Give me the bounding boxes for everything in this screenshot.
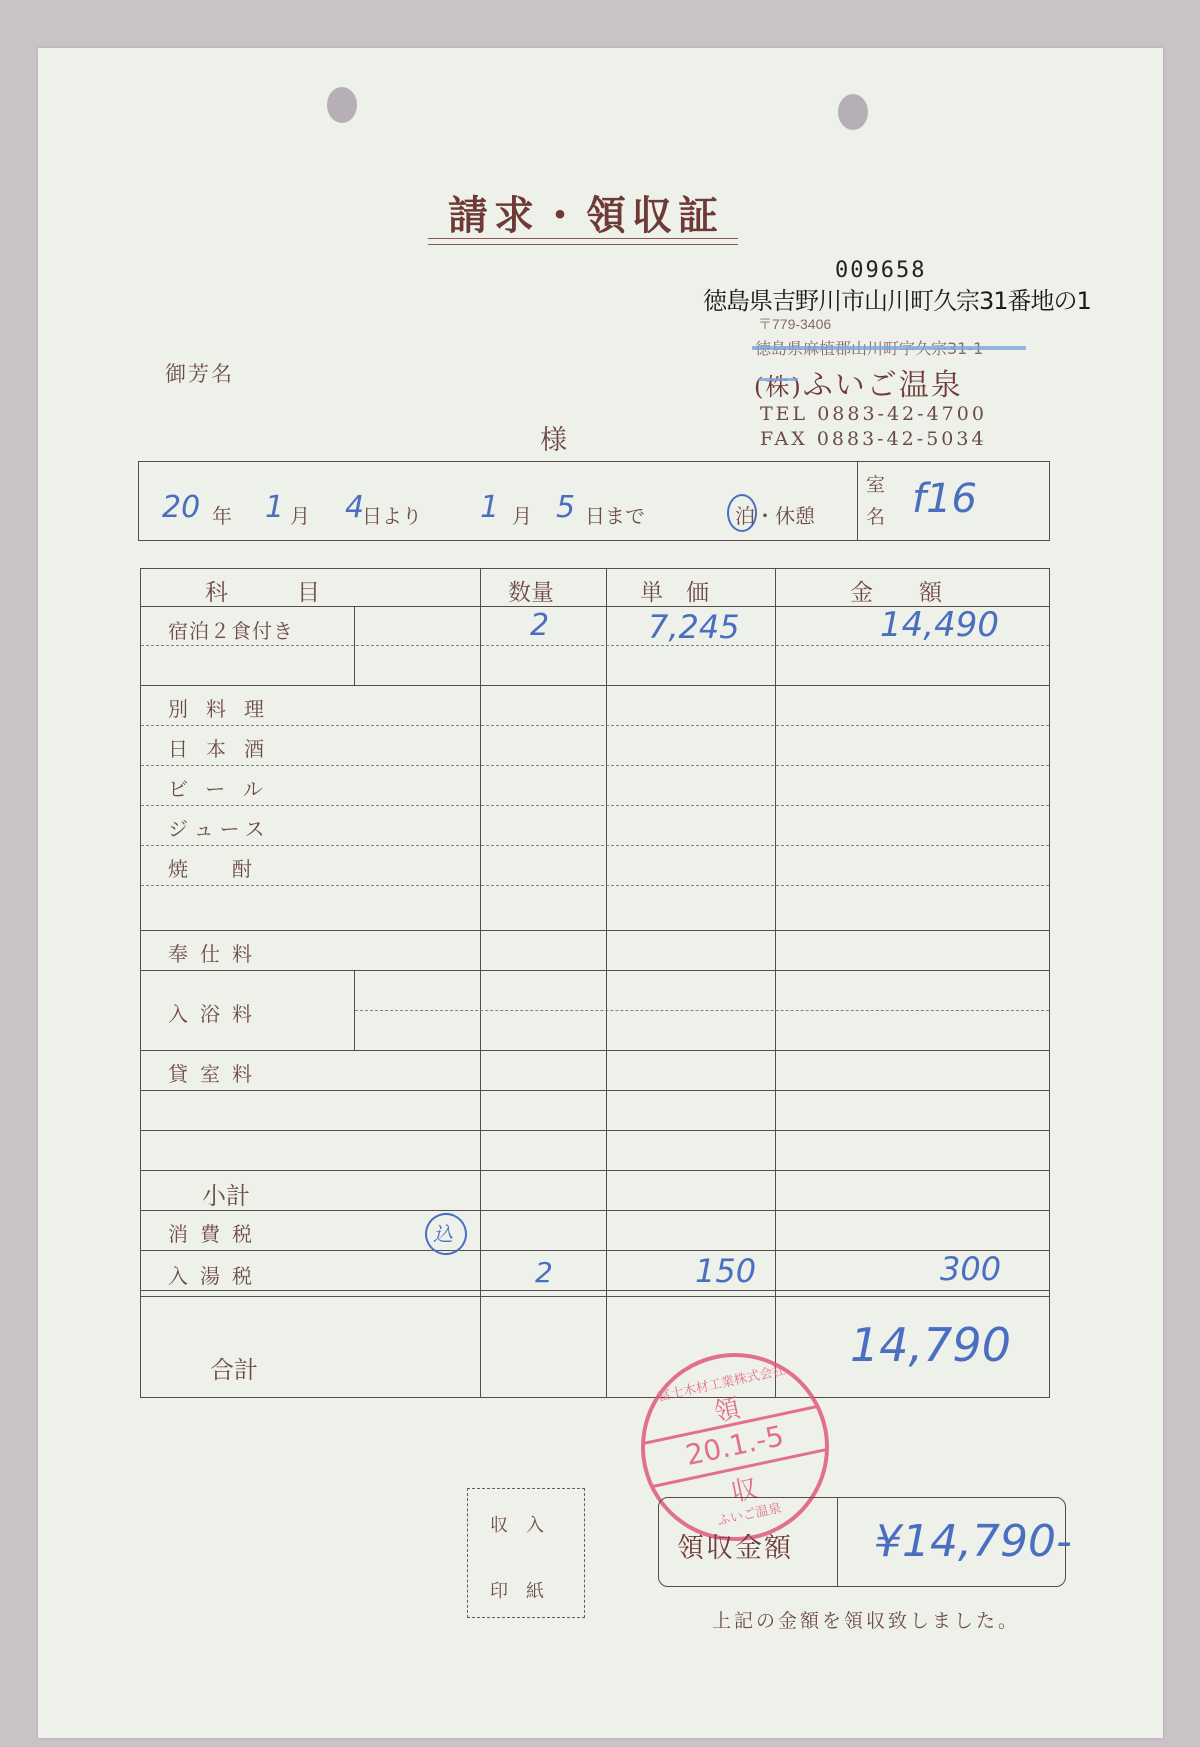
- fax-number: FAX 0883-42-5034: [760, 428, 987, 450]
- header-amount: 金 額: [850, 574, 942, 607]
- receipt-amount-value: ¥14,790-: [874, 1516, 1072, 1567]
- from-month-label: 月: [290, 500, 314, 529]
- receipt-amount-box: 領収金額 ¥14,790-: [658, 1497, 1066, 1587]
- header-qty: 数量: [508, 574, 554, 607]
- row-line: [141, 1170, 1049, 1171]
- handwritten-address: 徳島県吉野川市山川町久宗31番地の1: [703, 281, 1091, 316]
- company-name: ふいご温泉: [803, 368, 963, 403]
- receipt-note: 上記の金額を領収致しました。: [712, 1606, 1020, 1633]
- row-item-juice: ジュース: [168, 813, 271, 842]
- col-divider-amount: [775, 569, 776, 1397]
- tax-included-text: 込: [433, 1218, 453, 1247]
- dotted-line: [141, 725, 1049, 726]
- dotted-line: [141, 845, 1049, 846]
- room-label-bottom: 名: [866, 502, 889, 529]
- guest-name-label: 御芳名: [165, 358, 234, 388]
- revenue-stamp-line1: 収 入: [490, 1511, 544, 1537]
- row-item-bath-fee: 入浴料: [168, 998, 264, 1027]
- total-double-line: [141, 1296, 1049, 1297]
- to-month-label: 月: [512, 500, 536, 529]
- bath-tax-qty: 2: [535, 1256, 553, 1289]
- corp-prefix-strikethrough: [758, 378, 798, 381]
- col-divider-qty: [480, 569, 481, 1397]
- revenue-stamp-box: 収 入 印 紙: [467, 1488, 585, 1618]
- row-line: [141, 685, 1049, 686]
- receipt-amount-divider: [837, 1498, 838, 1586]
- dotted-line: [141, 805, 1049, 806]
- room-label-top: 室: [866, 470, 889, 497]
- punch-hole-right: [838, 94, 868, 130]
- row-item-beer: ビール: [168, 773, 281, 802]
- punch-hole-left: [327, 87, 357, 123]
- revenue-stamp-line2: 印 紙: [490, 1577, 544, 1603]
- row-item-service-fee: 奉仕料: [168, 938, 264, 967]
- to-day: 5: [556, 490, 575, 525]
- row-line: [141, 930, 1049, 931]
- bath-tax-label: 入湯税: [168, 1260, 264, 1289]
- room-divider: [857, 462, 858, 540]
- row-line: [141, 1250, 1049, 1251]
- to-month: 1: [480, 490, 499, 525]
- dotted-line: [141, 765, 1049, 766]
- receipt-amount-label: 領収金額: [677, 1526, 793, 1565]
- room-number: f16: [912, 476, 977, 522]
- subtotal-label: 小計: [202, 1176, 250, 1211]
- bath-tax-amount: 300: [940, 1250, 1001, 1288]
- col-divider-price: [606, 569, 607, 1397]
- company-name-block: (株)ふいご温泉: [754, 360, 963, 404]
- total-amount: 14,790: [850, 1318, 1011, 1372]
- from-month: 1: [265, 490, 284, 525]
- postal-code: 〒779-3406: [758, 314, 831, 334]
- lodging-qty: 2: [530, 608, 549, 643]
- row-item-extra-dish: 別料理: [168, 693, 282, 722]
- address-strikethrough: [752, 346, 1026, 350]
- year-label: 年: [212, 500, 236, 529]
- to-label: 日まで: [585, 500, 645, 529]
- stay-year: 20: [162, 490, 200, 525]
- header-unit-price: 単 価: [640, 574, 709, 607]
- row-line: [141, 1090, 1049, 1091]
- title-underline: [428, 238, 738, 239]
- row-item-lodging: 宿泊２食付き: [168, 615, 294, 644]
- lodging-amount: 14,490: [880, 605, 999, 645]
- honorific-sama: 様: [540, 418, 567, 457]
- header-item: 科 目: [205, 574, 320, 607]
- row-line: [141, 1130, 1049, 1131]
- row-item-room-rental: 貸室料: [168, 1058, 264, 1087]
- row-line: [141, 970, 1049, 971]
- dotted-line: [141, 885, 1049, 886]
- document-title: 請求・領収証: [448, 184, 724, 241]
- row-item-shochu: 焼 酎: [168, 853, 264, 882]
- stay-type-label: 泊・休憩: [735, 500, 815, 529]
- dotted-line: [141, 645, 1049, 646]
- row-item-sake: 日本酒: [168, 733, 282, 762]
- from-label: 日より: [362, 500, 422, 529]
- serial-number: 009658: [835, 258, 926, 283]
- title-underline-2: [428, 244, 738, 245]
- row-line: [141, 1210, 1049, 1211]
- row-line: [141, 1290, 1049, 1291]
- bath-tax-unit-price: 150: [695, 1252, 756, 1290]
- row-line: [141, 1050, 1049, 1051]
- dotted-line: [355, 1010, 1049, 1011]
- total-label: 合計: [210, 1350, 258, 1385]
- lodging-unit-price: 7,245: [648, 608, 740, 646]
- consumption-tax-label: 消費税: [168, 1218, 264, 1247]
- tel-number: TEL 0883-42-4700: [760, 403, 987, 425]
